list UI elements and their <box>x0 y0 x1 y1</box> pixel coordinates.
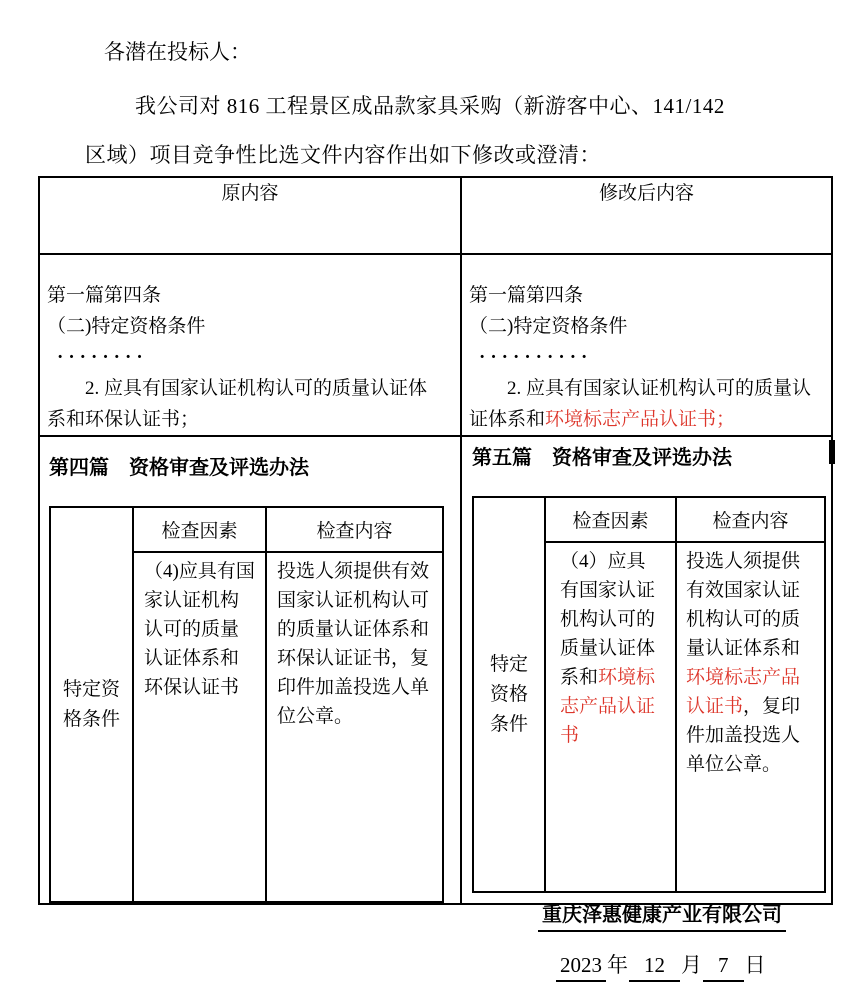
section-modified-cell: 第五篇 资格审查及评选办法 特定资格条件 检查因素 检查内容 （4）应具有国家认… <box>461 436 832 904</box>
content-black-text-1: 投选人须提供有效国家认证机构认可的质量认证体系和 <box>686 551 800 659</box>
modified-content-header: 修改后内容 <box>461 177 832 254</box>
document-page: 各潜在投标人： 我公司对 816 工程景区成品款家具采购（新游客中心、141/1… <box>0 0 865 989</box>
clause-modified-line1: 第一篇第四条 <box>469 280 818 311</box>
clause-row: 第一篇第四条 （二)特定资格条件 ········ 2. 应具有国家认证机构认可… <box>39 254 832 436</box>
ellipsis-dots: ········ <box>47 342 430 373</box>
intro-paragraph-line2: 区域）项目竞争性比选文件内容作出如下修改或澄清： <box>85 139 601 169</box>
factor-column-header: 检查因素 <box>133 507 266 552</box>
criteria-header-row: 特定资格条件 检查因素 检查内容 <box>473 497 825 542</box>
row-label-cell: 特定资格条件 <box>50 507 133 902</box>
intro-paragraph-line1: 我公司对 816 工程景区成品款家具采购（新游客中心、141/142 <box>135 90 725 120</box>
salutation-text: 各潜在投标人： <box>104 36 251 66</box>
date-month: 12 <box>629 953 680 982</box>
date-month-label: 月 <box>681 953 702 977</box>
section-original-title: 第四篇 资格审查及评选办法 <box>49 451 460 480</box>
content-cell: 投选人须提供有效国家认证机构认可的质量认证体系和环保认证证书，复印件加盖投选人单… <box>266 552 443 902</box>
date-day: 7 <box>703 953 744 982</box>
company-signature: 重庆泽惠健康产业有限公司 <box>538 898 786 932</box>
clause-modified-line2: （二)特定资格条件 <box>469 311 818 342</box>
ellipsis-dots: ·········· <box>469 342 818 373</box>
original-content-header: 原内容 <box>39 177 461 254</box>
section-original-cell: 第四篇 资格审查及评选办法 特定资格条件 检查因素 检查内容 （4)应具有国家认… <box>39 436 461 904</box>
content-cell: 投选人须提供有效国家认证机构认可的质量认证体系和环境标志产品认证书，复印件加盖投… <box>676 542 825 892</box>
date-year: 2023 <box>556 953 606 982</box>
clause-modified-item: 2. 应具有国家认证机构认可的质量认证体系和环境标志产品认证书； <box>469 373 818 435</box>
original-criteria-table: 特定资格条件 检查因素 检查内容 （4)应具有国家认证机构认可的质量认证体系和环… <box>49 506 444 903</box>
row-label-cell: 特定资格条件 <box>473 497 545 892</box>
date-year-label: 年 <box>607 953 628 977</box>
clause-original-item: 2. 应具有国家认证机构认可的质量认证体系和环保认证书； <box>47 373 430 435</box>
modified-criteria-table: 特定资格条件 检查因素 检查内容 （4）应具有国家认证机构认可的质量认证体系和环… <box>472 496 826 893</box>
clause-original-cell: 第一篇第四条 （二)特定资格条件 ········ 2. 应具有国家认证机构认可… <box>39 254 461 436</box>
comparison-header-row: 原内容 修改后内容 <box>39 177 832 254</box>
content-column-header: 检查内容 <box>676 497 825 542</box>
clause-modified-cell: 第一篇第四条 （二)特定资格条件 ·········· 2. 应具有国家认证机构… <box>461 254 832 436</box>
section-modified-title: 第五篇 资格审查及评选办法 <box>472 441 831 470</box>
clause-original-line1: 第一篇第四条 <box>47 280 430 311</box>
date-day-label: 日 <box>745 953 766 977</box>
content-column-header: 检查内容 <box>266 507 443 552</box>
clause-modified-item-red: 环境标志产品认证书； <box>545 409 735 430</box>
section-row: 第四篇 资格审查及评选办法 特定资格条件 检查因素 检查内容 （4)应具有国家认… <box>39 436 832 904</box>
clause-original-line2: （二)特定资格条件 <box>47 311 430 342</box>
factor-cell: （4)应具有国家认证机构认可的质量认证体系和环保认证书 <box>133 552 266 902</box>
factor-cell: （4）应具有国家认证机构认可的质量认证体系和环境标志产品认证书 <box>545 542 676 892</box>
criteria-header-row: 特定资格条件 检查因素 检查内容 <box>50 507 443 552</box>
date-signature: 2023年12月7日 <box>556 949 767 982</box>
comparison-table: 原内容 修改后内容 第一篇第四条 （二)特定资格条件 ········ 2. 应… <box>38 176 833 905</box>
factor-column-header: 检查因素 <box>545 497 676 542</box>
revision-mark <box>829 440 835 464</box>
